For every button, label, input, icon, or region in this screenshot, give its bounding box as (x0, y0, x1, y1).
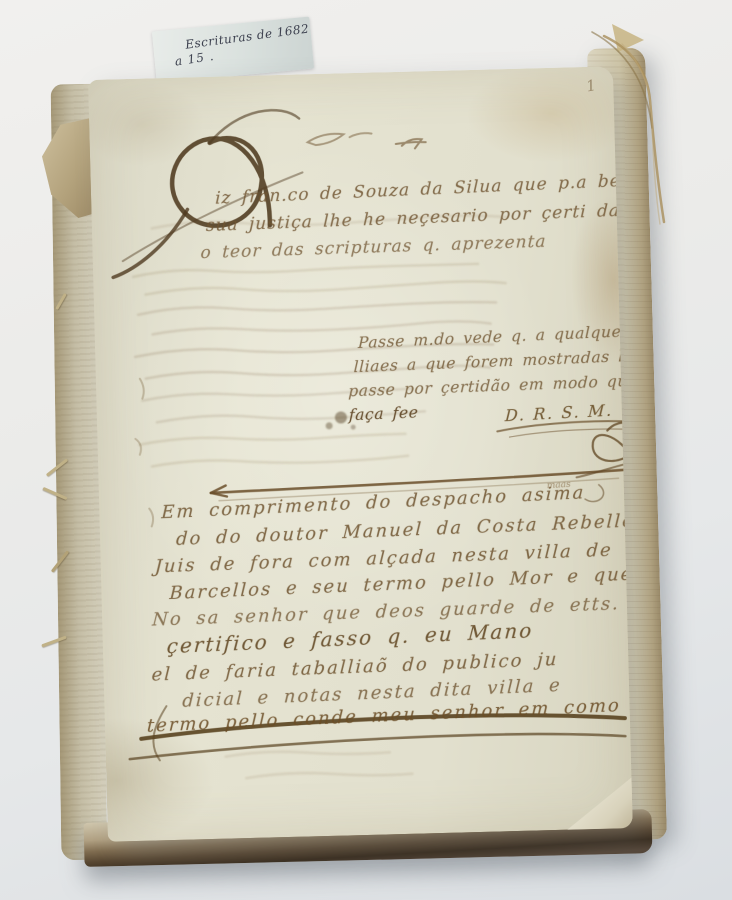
folded-corner (563, 776, 632, 832)
petition-line: o teor das scripturas q. aprezenta (200, 232, 547, 264)
manuscript-photograph: Escrituras de 1682 a 15 . 1 (0, 0, 732, 900)
manuscript-page: 1 (88, 66, 633, 841)
despacho-line: lliaes a que forem mostradas lhe (353, 346, 632, 376)
pen-trial-marks (308, 131, 426, 151)
archival-label: Escrituras de 1682 a 15 . (152, 17, 314, 84)
folio-number: 1 (585, 76, 598, 96)
despacho-signature: D. R. S. M. (504, 400, 614, 425)
despacho-line: faça fee (349, 403, 419, 424)
despacho-line: Passe m.do vede q. a qualquer taba (358, 320, 633, 352)
margin-marks (134, 378, 153, 526)
despacho-line: passe por çertidão em modo que (348, 372, 633, 401)
archival-label-line1: Escrituras de 1682 (184, 21, 310, 51)
archival-label-line2: a 15 . (174, 49, 216, 69)
